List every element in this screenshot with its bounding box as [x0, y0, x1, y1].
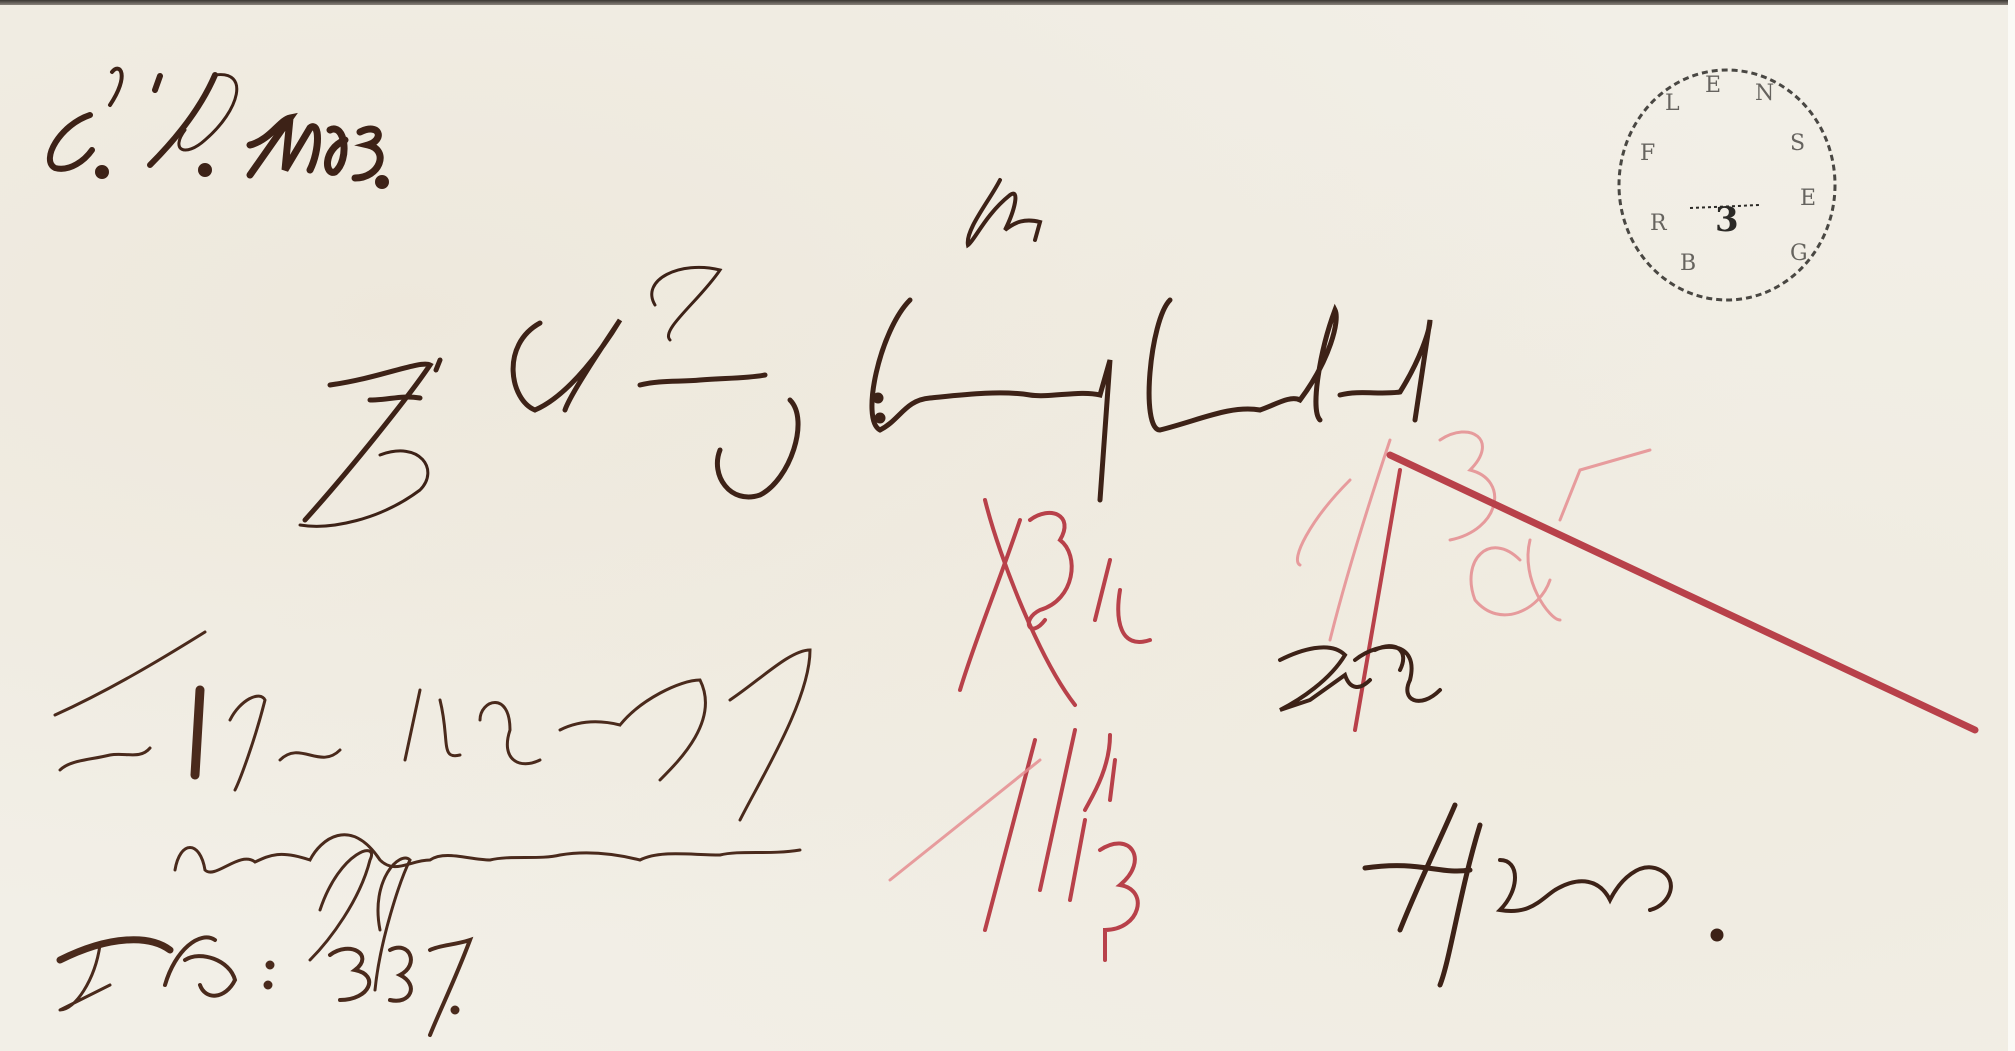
destination-town: Sesson. — [1370, 870, 1525, 916]
note-line-1: In 1 Rthl. 4 gr. Porto — [60, 690, 475, 736]
zur-mark: zur — [1290, 660, 1356, 706]
reference-number: C. B. 1003. — [40, 70, 264, 116]
crossed-out-rate: 4 B 3 — [1420, 520, 1526, 566]
red-rate-lower: 1 7/3 — [980, 820, 1083, 866]
svg-text:L: L — [1665, 91, 1680, 116]
svg-text:N: N — [1755, 81, 1774, 106]
recipient-name: Ein Königs: Gerichts Amt — [320, 370, 832, 416]
red-rate-upper: 13/12 — [970, 560, 1085, 606]
svg-text:E: E — [1800, 186, 1816, 211]
svg-text:G: G — [1790, 241, 1808, 266]
crossed-out-line — [1355, 455, 1975, 730]
note-line-2: Vorschuss erhalten. — [150, 810, 550, 856]
faded-red-ink — [890, 432, 1650, 880]
svg-text:B: B — [1680, 251, 1696, 276]
handwriting-layer: FLE NSE RBG — [0, 0, 2015, 1051]
svg-text:S: S — [1790, 131, 1805, 156]
postmark-month: 3 — [1715, 200, 1739, 240]
svg-text:R: R — [1650, 211, 1668, 236]
address-prefix: An — [960, 180, 1015, 226]
svg-text:E: E — [1705, 73, 1721, 98]
note-line-3: F. No: 387. — [60, 940, 281, 986]
postmark-day: 15 — [1712, 160, 1745, 190]
svg-text:F: F — [1640, 141, 1655, 166]
